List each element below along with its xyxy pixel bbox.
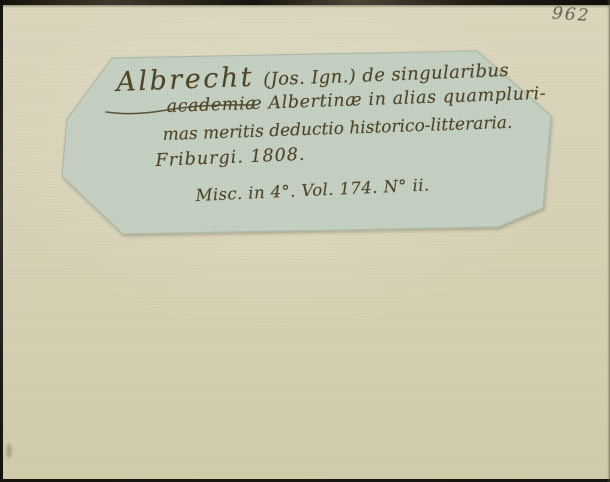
paper-smudge <box>6 444 12 458</box>
scanned-catalog-card: 962 Albrecht(Jos. Ign.) de singularibus … <box>0 0 610 482</box>
shelf-number-annotation: 962 <box>551 3 596 26</box>
author-name: Albrecht <box>116 62 255 98</box>
scan-edge-top <box>0 0 610 5</box>
scan-edge-left <box>0 0 3 482</box>
